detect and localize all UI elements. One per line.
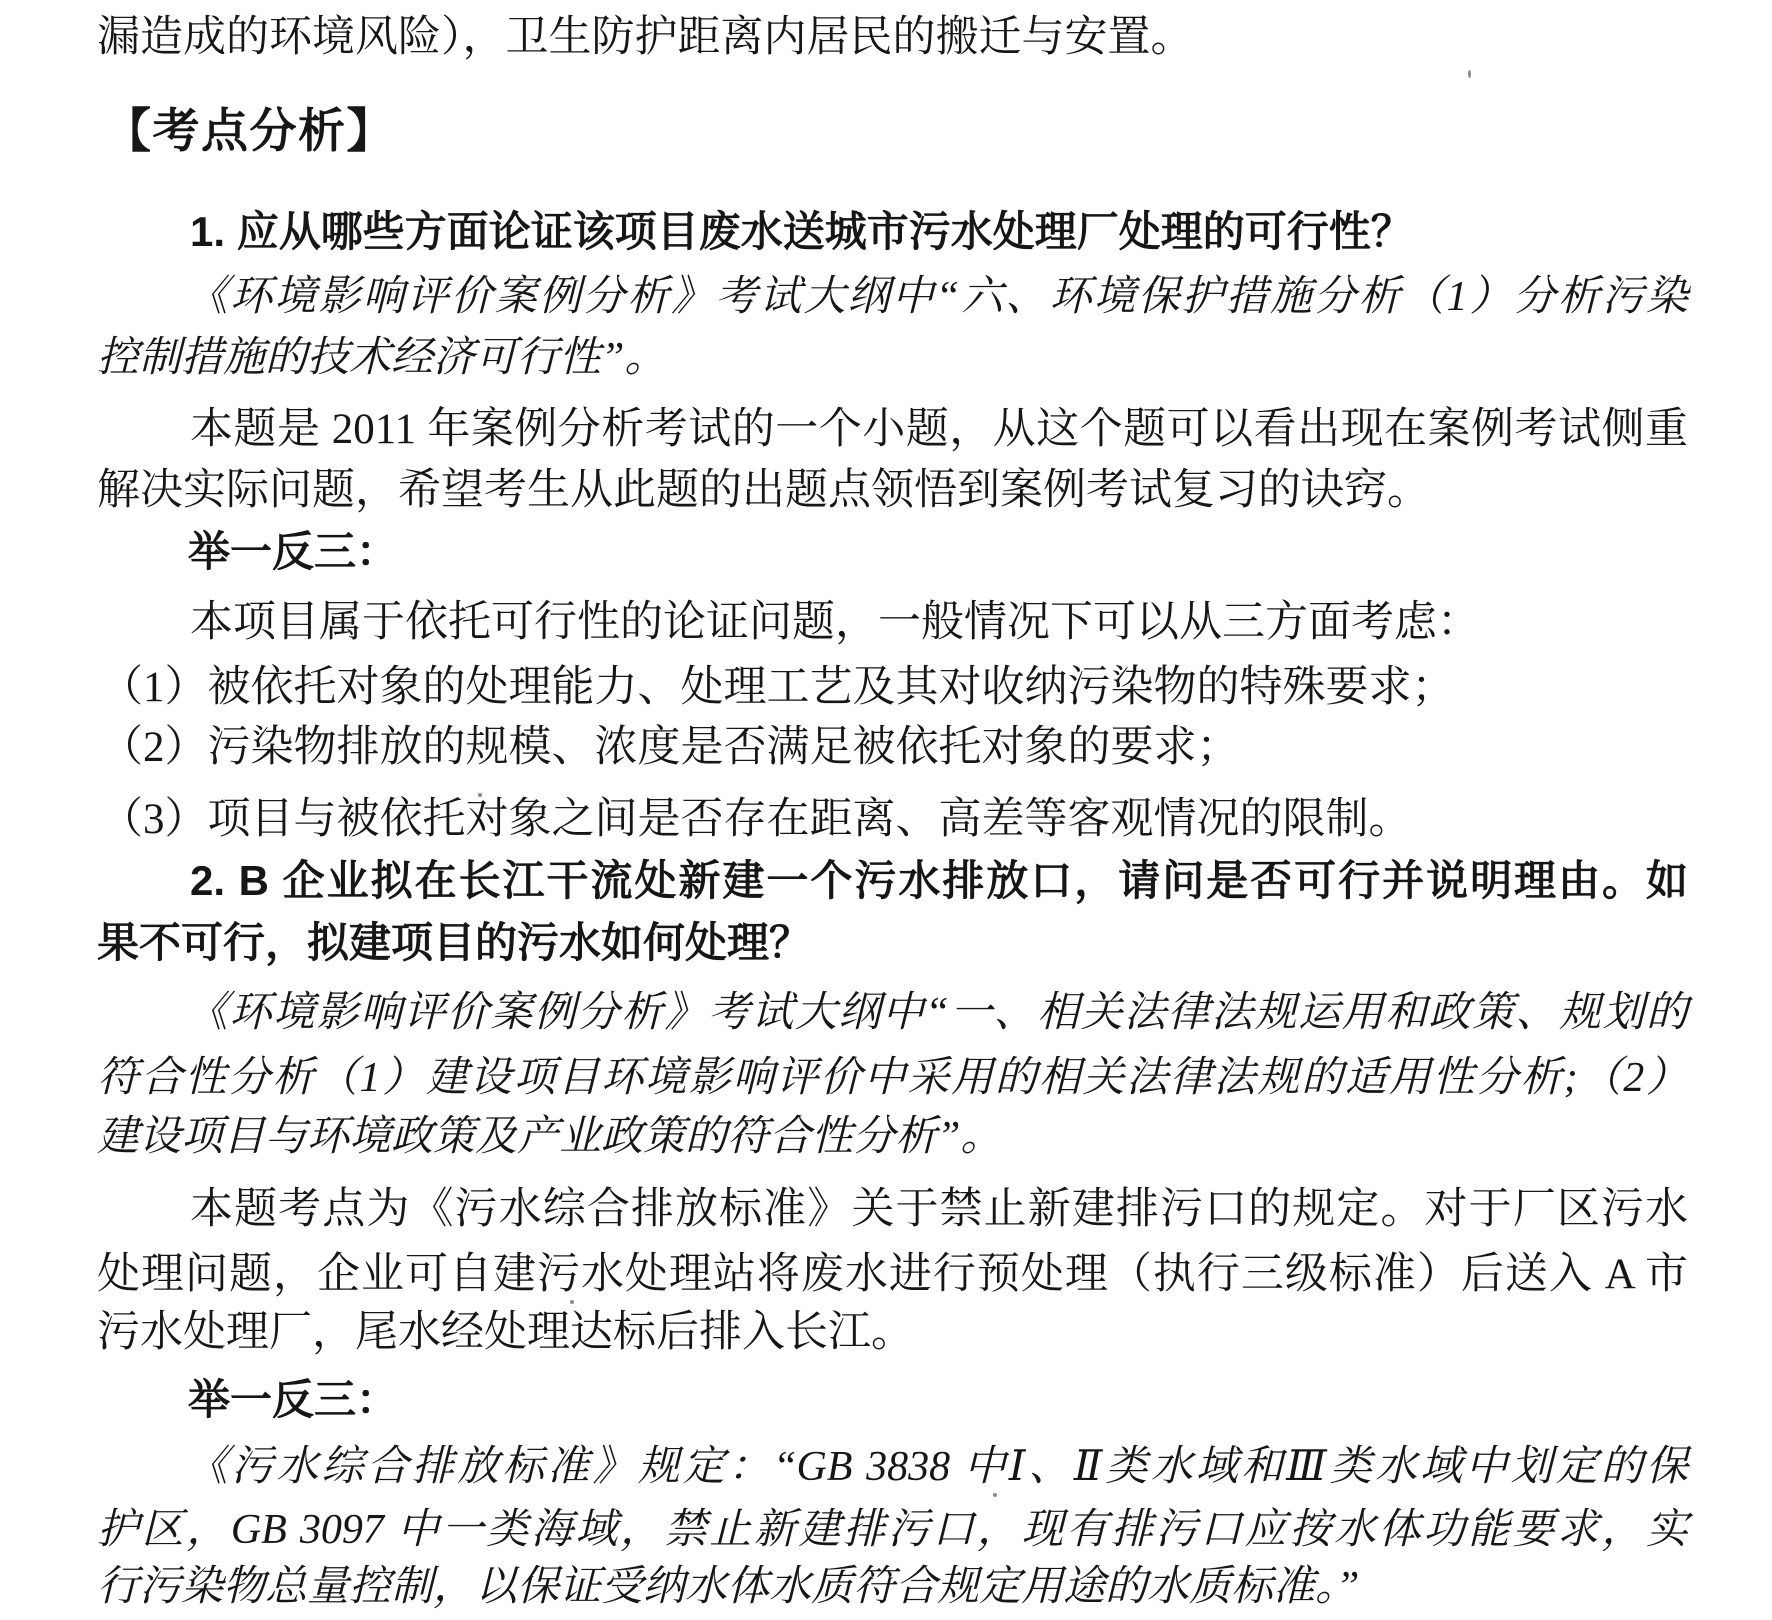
body-text-line: 污水处理厂，尾水经处理达标后排入长江。	[97, 1302, 914, 1364]
body-text-line: 本项目属于依托可行性的论证问题，一般情况下可以从三方面考虑：	[190, 592, 1480, 654]
subhead-line: 举一反三：	[188, 521, 398, 583]
section-heading: 【考点分析】	[104, 100, 395, 164]
body-text-line: 漏造成的环境风险），卫生防护距离内居民的搬迁与安置。	[97, 7, 1194, 69]
standard-quote-line: 护区，GB 3097 中一类海域，禁止新建排污口，现有排污口应按水体功能要求，实	[97, 1499, 1688, 1561]
syllabus-quote-line: 《环境影响评价案例分析》考试大纲中“一、相关法律法规运用和政策、规划的	[186, 982, 1688, 1044]
scan-speck	[1468, 70, 1471, 78]
question-heading-line: 果不可行，拟建项目的污水如何处理？	[97, 912, 811, 974]
scan-speck	[570, 1300, 574, 1304]
standard-quote-line: 行污染物总量控制，以保证受纳水体水质符合规定用途的水质标准。”	[97, 1556, 1359, 1618]
subhead-line: 举一反三：	[188, 1369, 398, 1431]
body-text-line: 本题是 2011 年案例分析考试的一个小题，从这个题可以看出现在案例考试侧重	[190, 399, 1688, 461]
standard-quote-line: 《污水综合排放标准》规定：“GB 3838 中Ⅰ、Ⅱ类水域和Ⅲ类水域中划定的保	[186, 1436, 1688, 1498]
scan-speck	[478, 793, 482, 797]
syllabus-quote-line: 《环境影响评价案例分析》考试大纲中“六、环境保护措施分析（1）分析污染	[186, 266, 1688, 328]
body-text-line: 解决实际问题，希望考生从此题的出题点领悟到案例考试复习的诀窍。	[97, 460, 1430, 522]
syllabus-quote-line: 控制措施的技术经济可行性”。	[97, 327, 666, 389]
scan-speck	[993, 1493, 997, 1497]
body-text-line: 处理问题，企业可自建污水处理站将废水进行预处理（执行三级标准）后送入 A 市	[97, 1244, 1688, 1306]
scanned-page: 漏造成的环境风险），卫生防护距离内居民的搬迁与安置。【考点分析】1. 应从哪些方…	[0, 0, 1772, 1620]
question-heading-line: 2. B 企业拟在长江干流处新建一个污水排放口，请问是否可行并说明理由。如	[190, 850, 1688, 912]
list-item-line: （2）污染物排放的规模、浓度是否满足被依托对象的要求；	[100, 717, 1240, 779]
body-text-line: 本题考点为《污水综合排放标准》关于禁止新建排污口的规定。对于厂区污水	[190, 1179, 1688, 1241]
list-item-line: （1）被依托对象的处理能力、处理工艺及其对收纳污染物的特殊要求；	[100, 657, 1455, 719]
syllabus-quote-line: 符合性分析（1）建设项目环境影响评价中采用的相关法律法规的适用性分析;（2）	[97, 1047, 1688, 1109]
syllabus-quote-line: 建设项目与环境政策及产业政策的符合性分析”。	[97, 1106, 1002, 1168]
list-item-line: （3）项目与被依托对象之间是否存在距离、高差等客观情况的限制。	[100, 789, 1412, 851]
question-heading-line: 1. 应从哪些方面论证该项目废水送城市污水处理厂处理的可行性？	[190, 201, 1413, 263]
